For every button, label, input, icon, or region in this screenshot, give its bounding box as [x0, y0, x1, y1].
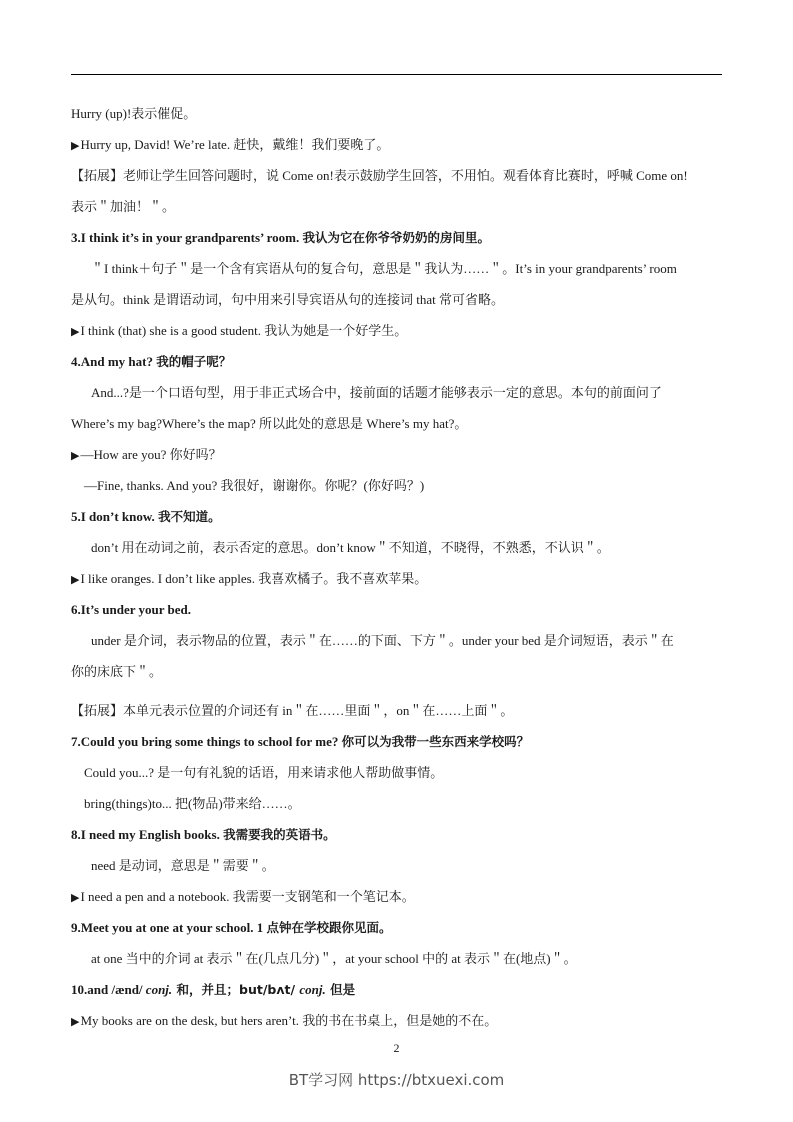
example-sentence: ▶—How are you? 你好吗？: [71, 439, 726, 470]
part-of-speech: conj.: [146, 982, 172, 997]
section-heading: 8.I need my English books. 我需要我的英语书。: [71, 819, 726, 850]
section-heading: 5.I don’t know. 我不知道。: [71, 501, 726, 532]
section-heading: 4.And my hat? 我的帽子呢？: [71, 346, 726, 377]
heading-english: 10.and /ænd/: [71, 982, 146, 997]
section-heading: 10.and /ænd/ conj. 和，并且；but/bʌt/ conj. 但…: [71, 974, 726, 1005]
example-sentence: ▶I need a pen and a notebook. 我需要一支钢笔和一个…: [71, 881, 726, 912]
section-heading: 7.Could you bring some things to school …: [71, 726, 726, 757]
paragraph-line: need 是动词，意思是＂需要＂。: [71, 850, 726, 881]
heading-english: 3.I think it’s in your grandparents’ roo…: [71, 230, 299, 245]
example-sentence: ▶My books are on the desk, but hers aren…: [71, 1005, 726, 1036]
paragraph-line: 表示＂加油！＂。: [71, 191, 726, 222]
paragraph-line: —Fine, thanks. And you? 我很好，谢谢你。你呢？(你好吗？…: [71, 470, 726, 501]
paragraph-line: at one 当中的介词 at 表示＂在(几点几分)＂，at your scho…: [71, 943, 726, 974]
heading-chinese: 我不知道。: [158, 509, 221, 524]
paragraph-line: Where’s my bag?Where’s the map? 所以此处的意思是…: [71, 408, 726, 439]
triangle-bullet-icon: ▶: [71, 450, 79, 462]
example-text: I need a pen and a notebook. 我需要一支钢笔和一个笔…: [80, 889, 414, 904]
watermark-footer: BT学习网 https://btxuexi.com: [0, 1069, 793, 1090]
heading-chinese: 但是: [326, 982, 355, 997]
example-text: —How are you? 你好吗？: [80, 447, 221, 462]
heading-chinese: 你可以为我带一些东西来学校吗？: [342, 734, 530, 749]
triangle-bullet-icon: ▶: [71, 1016, 79, 1028]
heading-english: 6.It’s under your bed.: [71, 602, 191, 617]
example-sentence: ▶I think (that) she is a good student. 我…: [71, 315, 726, 346]
heading-english: 5.I don’t know.: [71, 509, 155, 524]
paragraph-line: And...?是一个口语句型，用于非正式场合中，接前面的话题才能够表示一定的意思…: [71, 377, 726, 408]
example-sentence: ▶Hurry up, David! We’re late. 赶快，戴维！我们要晚…: [71, 129, 726, 160]
heading-english: 9.Meet you at one at your school. 1: [71, 920, 263, 935]
section-heading: 6.It’s under your bed.: [71, 594, 726, 625]
paragraph-line: ＂I think＋句子＂是一个含有宾语从句的复合句，意思是＂我认为……＂。It’…: [71, 253, 726, 284]
paragraph-line: 【拓展】本单元表示位置的介词还有 in＂在……里面＂，on＂在……上面＂。: [71, 695, 726, 726]
document-body: Hurry (up)!表示催促。▶Hurry up, David! We’re …: [71, 98, 726, 1036]
example-sentence: ▶I like oranges. I don’t like apples. 我喜…: [71, 563, 726, 594]
section-heading: 9.Meet you at one at your school. 1 点钟在学…: [71, 912, 726, 943]
part-of-speech: conj.: [299, 982, 325, 997]
example-text: I think (that) she is a good student. 我认…: [80, 323, 407, 338]
heading-chinese: 和，并且；but/bʌt/: [172, 982, 299, 997]
triangle-bullet-icon: ▶: [71, 892, 79, 904]
example-text: I like oranges. I don’t like apples. 我喜欢…: [80, 571, 427, 586]
example-text: Hurry up, David! We’re late. 赶快，戴维！我们要晚了…: [80, 137, 389, 152]
example-text: My books are on the desk, but hers aren’…: [80, 1013, 497, 1028]
triangle-bullet-icon: ▶: [71, 326, 79, 338]
spacer: [71, 687, 726, 695]
paragraph-line: 你的床底下＂。: [71, 656, 726, 687]
heading-english: 4.And my hat?: [71, 354, 153, 369]
paragraph-line: don’t 用在动词之前，表示否定的意思。don’t know＂不知道，不晓得，…: [71, 532, 726, 563]
paragraph-line: under 是介词，表示物品的位置，表示＂在……的下面、下方＂。under yo…: [71, 625, 726, 656]
heading-chinese: 我认为它在你爷爷奶奶的房间里。: [303, 230, 491, 245]
heading-english: 7.Could you bring some things to school …: [71, 734, 338, 749]
triangle-bullet-icon: ▶: [71, 574, 79, 586]
paragraph-line: Could you...? 是一句有礼貌的话语，用来请求他人帮助做事情。: [71, 757, 726, 788]
heading-chinese: 我需要我的英语书。: [223, 827, 336, 842]
paragraph-line: 是从句。think 是谓语动词，句中用来引导宾语从句的连接词 that 常可省略…: [71, 284, 726, 315]
paragraph-line: Hurry (up)!表示催促。: [71, 98, 726, 129]
paragraph-line: 【拓展】老师让学生回答问题时，说 Come on!表示鼓励学生回答，不用怕。观看…: [71, 160, 726, 191]
heading-chinese: 点钟在学校跟你见面。: [266, 920, 391, 935]
paragraph-line: bring(things)to... 把(物品)带来给……。: [71, 788, 726, 819]
triangle-bullet-icon: ▶: [71, 140, 79, 152]
heading-chinese: 我的帽子呢？: [156, 354, 231, 369]
page-number: 2: [0, 1041, 793, 1056]
header-rule: [71, 74, 722, 75]
heading-english: 8.I need my English books.: [71, 827, 220, 842]
section-heading: 3.I think it’s in your grandparents’ roo…: [71, 222, 726, 253]
